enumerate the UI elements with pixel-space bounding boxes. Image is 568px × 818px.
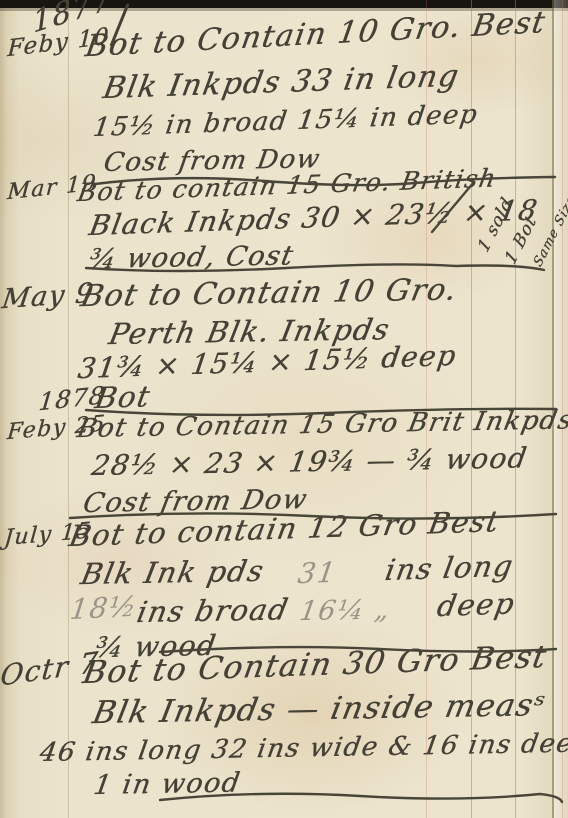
pencil-annotation: 18½ [69, 592, 140, 624]
entry-line: Bot to Contain 10 Gro. [78, 275, 460, 312]
entry-line: ins long [383, 552, 516, 586]
entry-line: Bot to Contain 10 Gro. Best [83, 8, 548, 62]
entry-line: Blk Ink pds [78, 557, 266, 589]
entry-line: Blk Inkpds 33 in long [101, 62, 462, 105]
entry-line: Bot to Contain 15 Gro Brit Inkpds [75, 407, 568, 442]
entry-line: deep [435, 589, 518, 621]
entry-line: Bot [93, 382, 153, 413]
entry-line: ¾ wood, Cost [87, 242, 297, 273]
entry-line: 1 in wood [92, 769, 243, 799]
entry-line: 15½ in broad 15¼ in deep [91, 102, 479, 142]
pencil-annotation: 31 [296, 559, 339, 589]
entry-line: 28½ × 23 × 19¾ — ¾ wood [90, 444, 530, 480]
entry-line: Blk Inkpds — inside measˢ [90, 690, 548, 729]
entry-line: 46 ins long 32 ins wide & 16 ins deep [38, 730, 568, 766]
entry-line: ins broad [134, 595, 291, 627]
pencil-annotation: 16¼ „ [298, 596, 393, 625]
ledger-page: 1877 Feby 10 Bot to Contain 10 Gro. Best… [0, 0, 568, 818]
